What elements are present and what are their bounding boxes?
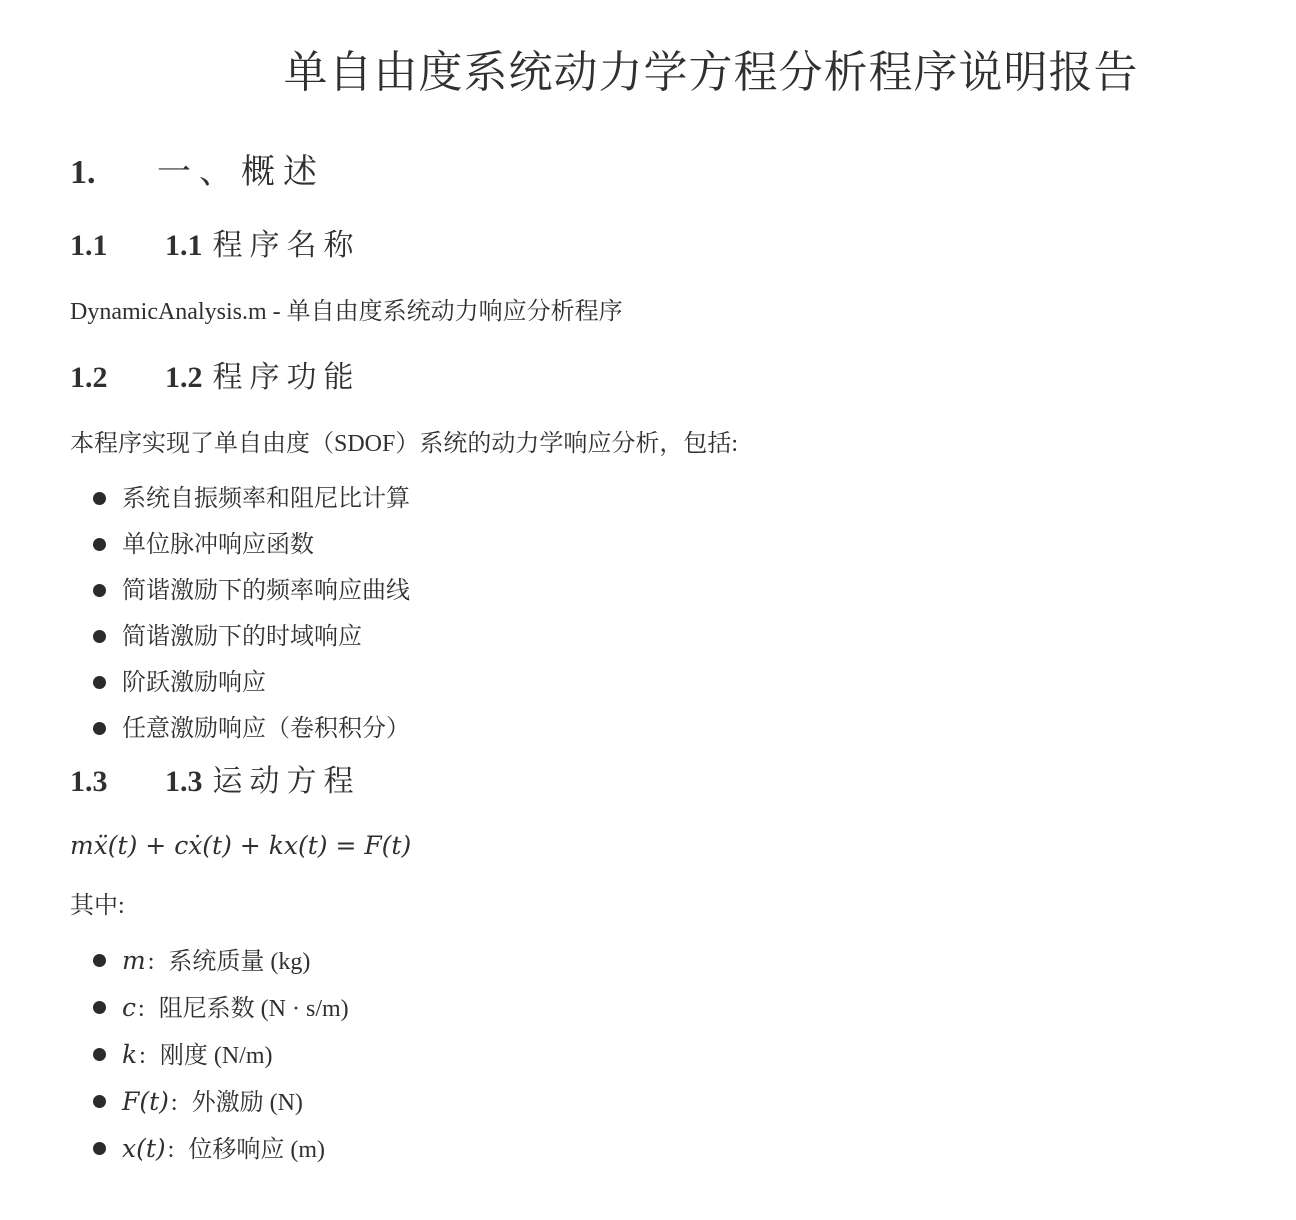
feature-list-item: 系统自振频率和阻尼比计算 <box>70 484 1226 514</box>
parameter-symbol: F(t) <box>122 1087 169 1116</box>
parameter-symbol: m <box>122 946 146 975</box>
subsection-inline-number: 1.3 <box>165 765 203 798</box>
feature-list-item: 单位脉冲响应函数 <box>70 530 1226 560</box>
document-page: 单自由度系统动力学方程分析程序说明报告 1.一、概述 1.11.1程序名称 Dy… <box>0 0 1296 1220</box>
subsection-inline-number: 1.1 <box>165 229 203 262</box>
feature-text: 任意激励响应（卷积积分） <box>122 716 410 742</box>
functions-intro-paragraph: 本程序实现了单自由度（SDOF）系统的动力学响应分析，包括: <box>70 428 1226 460</box>
subsection-heading-text: 程序名称 <box>213 229 361 262</box>
subsection-inline-number: 1.2 <box>165 361 203 394</box>
parameter-list-item: c:阻尼系数 (N · s/m) <box>70 993 1226 1024</box>
feature-list-item: 简谐激励下的时域响应 <box>70 622 1226 652</box>
where-label: 其中: <box>70 890 1226 922</box>
parameter-symbol: k <box>122 1040 137 1069</box>
parameter-list-item: F(t):外激励 (N) <box>70 1087 1226 1118</box>
parameter-description: 位移响应 (m) <box>188 1137 325 1163</box>
parameter-colon: : <box>148 949 155 975</box>
feature-text: 简谐激励下的频率响应曲线 <box>122 578 410 604</box>
motion-equation: mẍ(t) + cẋ(t) + kx(t) = F(t) <box>70 830 1226 862</box>
parameter-colon: : <box>138 996 145 1022</box>
parameter-list-item: x(t):位移响应 (m) <box>70 1134 1226 1165</box>
feature-list-item: 简谐激励下的频率响应曲线 <box>70 576 1226 606</box>
parameter-list-item: k:刚度 (N/m) <box>70 1040 1226 1071</box>
subsection-heading-equation-of-motion: 1.31.3运动方程 <box>70 762 1226 802</box>
parameter-symbol: x(t) <box>122 1134 166 1163</box>
program-name-paragraph: DynamicAnalysis.m - 单自由度系统动力响应分析程序 <box>70 296 1226 328</box>
parameter-colon: : <box>171 1090 178 1116</box>
feature-text: 阶跃激励响应 <box>122 670 266 696</box>
subsection-number: 1.2 <box>70 358 165 398</box>
parameter-colon: : <box>139 1043 146 1069</box>
feature-text: 系统自振频率和阻尼比计算 <box>122 486 410 512</box>
parameter-list-item: m:系统质量 (kg) <box>70 946 1226 977</box>
parameter-colon: : <box>168 1137 175 1163</box>
parameter-description: 阻尼系数 (N · s/m) <box>159 996 349 1022</box>
parameter-description: 刚度 (N/m) <box>160 1043 273 1069</box>
subsection-number: 1.1 <box>70 226 165 266</box>
subsection-heading-text: 运动方程 <box>213 765 361 798</box>
feature-list-item: 任意激励响应（卷积积分） <box>70 714 1226 744</box>
section-heading-text: 一、概述 <box>157 154 325 191</box>
parameter-symbol: c <box>122 993 136 1022</box>
subsection-heading-text: 程序功能 <box>213 361 361 394</box>
subsection-heading-program-functions: 1.21.2程序功能 <box>70 358 1226 398</box>
features-list: 系统自振频率和阻尼比计算 单位脉冲响应函数 简谐激励下的频率响应曲线 简谐激励下… <box>70 484 1226 744</box>
feature-text: 简谐激励下的时域响应 <box>122 624 362 650</box>
feature-text: 单位脉冲响应函数 <box>122 532 314 558</box>
document-title: 单自由度系统动力学方程分析程序说明报告 <box>196 42 1226 104</box>
feature-list-item: 阶跃激励响应 <box>70 668 1226 698</box>
section-heading-overview: 1.一、概述 <box>70 150 1226 196</box>
section-number: 1. <box>70 150 157 196</box>
parameter-description: 外激励 (N) <box>192 1090 303 1116</box>
subsection-heading-program-name: 1.11.1程序名称 <box>70 226 1226 266</box>
parameter-description: 系统质量 (kg) <box>168 949 310 975</box>
subsection-number: 1.3 <box>70 762 165 802</box>
parameters-list: m:系统质量 (kg) c:阻尼系数 (N · s/m) k:刚度 (N/m) … <box>70 946 1226 1165</box>
